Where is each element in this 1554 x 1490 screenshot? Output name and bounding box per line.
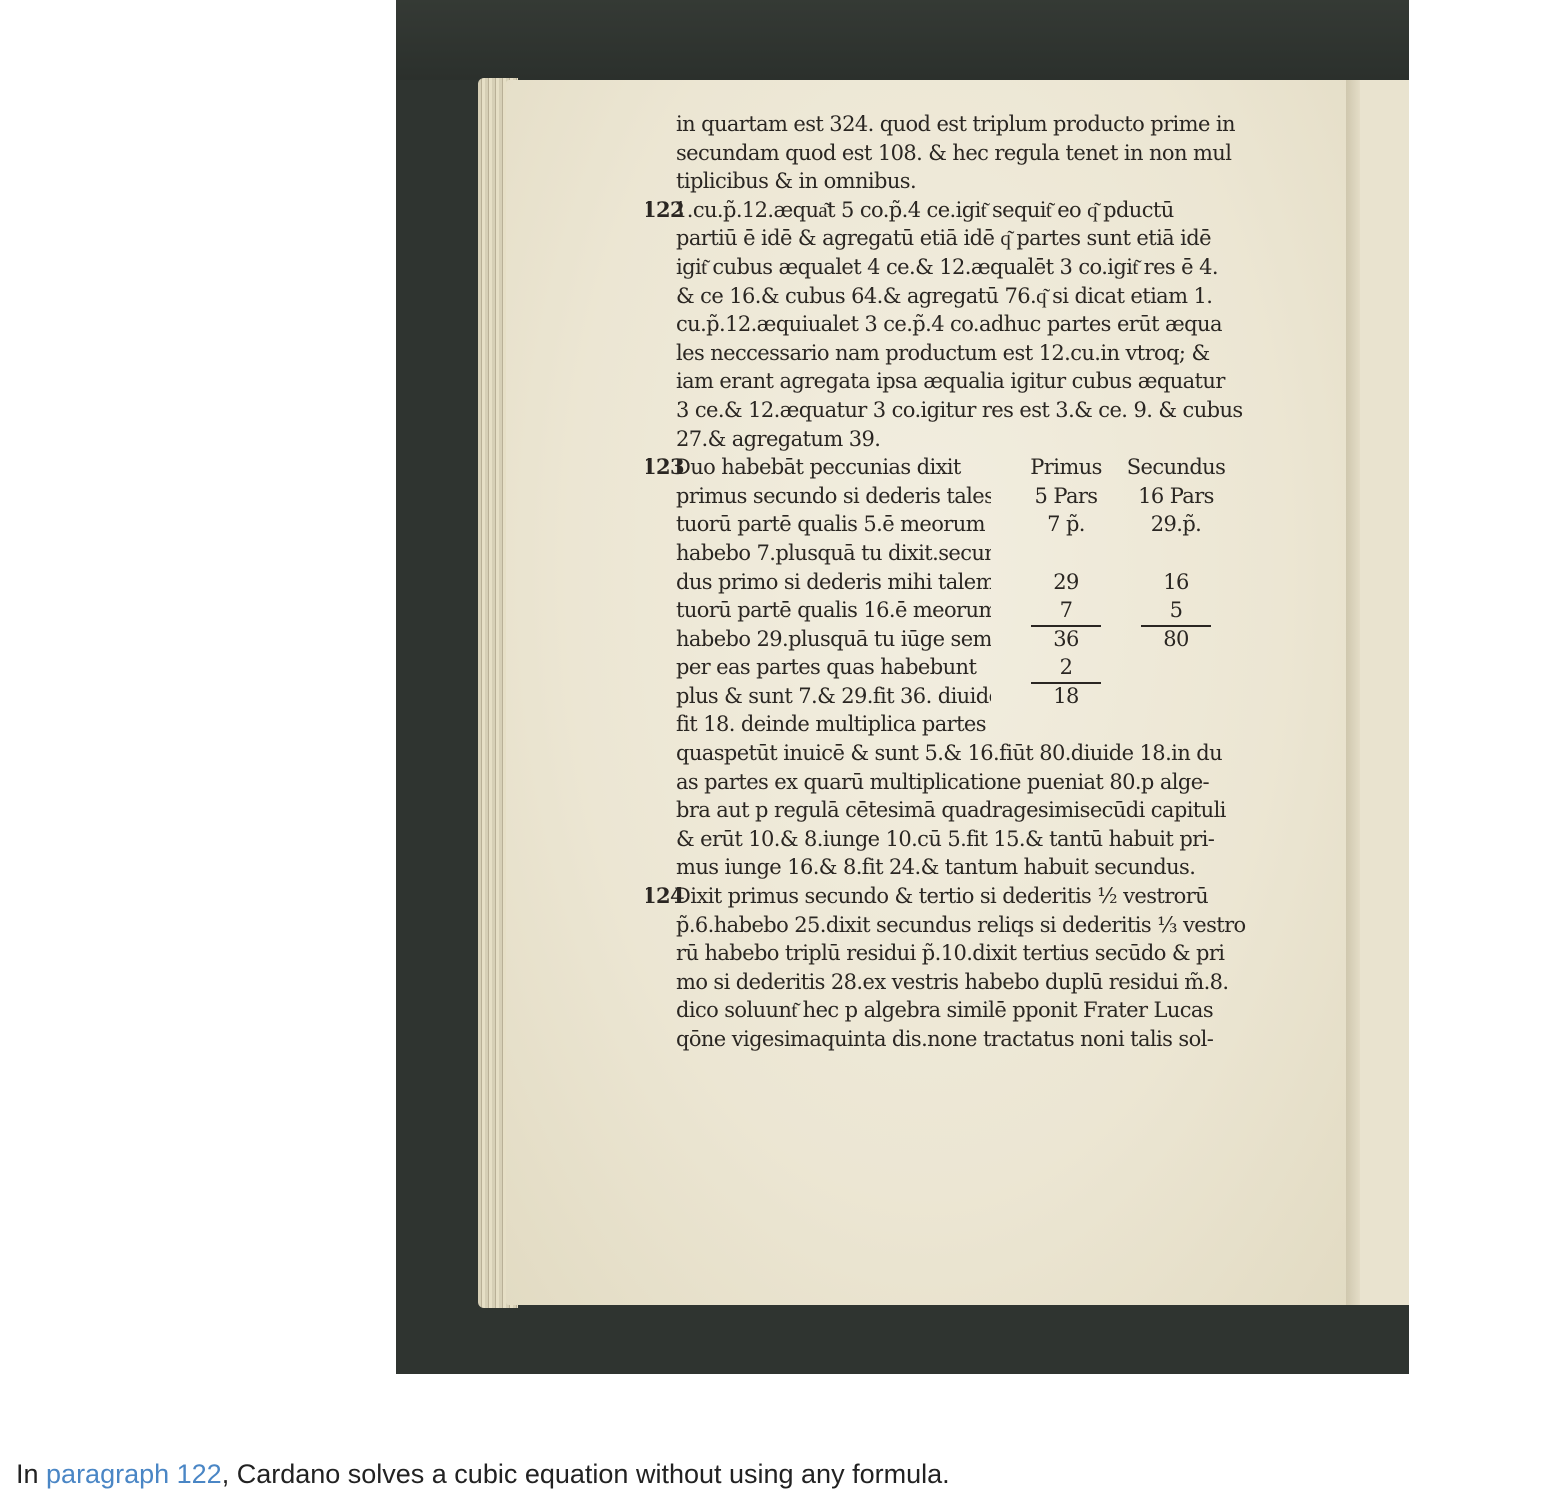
table-row: 5 Pars 16 Pars [1011,482,1251,511]
text-line: tiplicibus & in omnibus. [646,167,1266,196]
table-row: 2 [1011,653,1251,682]
table-header: Primus Secundus [1011,453,1251,482]
text-line: as partes ex quarū multiplicatione pueni… [646,768,1266,797]
header-primus: Primus [1011,453,1121,482]
text-line: fit 18. deinde multiplica partes [646,710,991,739]
table-row [1011,539,1251,568]
header-secundus: Secundus [1121,453,1231,482]
text-line: mo si dederitis 28.ex vestris habebo dup… [646,968,1266,997]
text-line: 3 ce.& 12.æquatur 3 co.igitur res est 3.… [646,396,1266,425]
text-line: per eas partes quas habebunt [646,653,991,682]
text-line: 27.& agregatum 39. [646,425,1266,454]
table-row: 29 16 [1011,568,1251,597]
text-line: p̃.6.habebo 25.dixit secundus reliqs si … [646,911,1266,940]
facing-page [1360,80,1409,1305]
text-line: iam erant agregata ipsa æqualia igitur c… [646,367,1266,396]
text-line: & erūt 10.& 8.iunge 10.cū 5.fit 15.& tan… [646,825,1266,854]
computation-table: Primus Secundus 5 Pars 16 Pars 7 p̃. 29.… [1011,453,1251,710]
text-line: qōne vigesimaquinta dis.none tractatus n… [646,1025,1266,1054]
paragraph-123-first-line: 123Duo habebāt peccunias dixit [646,453,991,482]
paragraph-number: 123 [646,453,674,482]
table-row: 36 80 [1011,625,1251,654]
text-line: mus iunge 16.& 8.fit 24.& tantum habuit … [646,853,1266,882]
table-row: 7 p̃. 29.p̃. [1011,510,1251,539]
text-line: bra aut p regulā cētesimā quadragesimise… [646,796,1266,825]
paragraph-124-first-line: 124Dixit primus secundo & tertio si dede… [646,882,1266,911]
text-line: plus & sunt 7.& 29.fit 36. diuide [646,682,991,711]
figure-caption: In paragraph 122, Cardano solves a cubic… [16,1459,950,1490]
text-line: quaspetūt inuicē & sunt 5.& 16.fiūt 80.d… [646,739,1266,768]
paragraph-122-link[interactable]: paragraph 122 [46,1459,222,1489]
table-row: 18 [1011,682,1251,711]
text-line: & ce 16.& cubus 64.& agregatū 76.q͂ si d… [646,282,1266,311]
text-line: in quartam est 324. quod est triplum pro… [646,110,1266,139]
paragraph-122-first-line: 1221.cu.p̃.12.æqua͂t 5 co.p̃.4 ce.igit͂ … [646,196,1266,225]
text-line: secundam quod est 108. & hec regula tene… [646,139,1266,168]
photo-background [396,0,1409,80]
page-text: in quartam est 324. quod est triplum pro… [646,110,1266,1054]
text-line: tuorū partē qualis 5.ē meorum [646,510,991,539]
text-line: partiū ē idē & agregatū etiā idē q͂ part… [646,224,1266,253]
text-line: les neccessario nam productum est 12.cu.… [646,339,1266,368]
book-page-photo: in quartam est 324. quod est triplum pro… [396,0,1409,1374]
text-line: primus secundo si dederis tales [646,482,991,511]
table-row: 7 5 [1011,596,1251,625]
paragraph-123: 123Duo habebāt peccunias dixit primus se… [646,453,1266,739]
paragraph-number: 124 [646,882,674,911]
text-line: rū habebo triplū residui p̃.10.dixit ter… [646,939,1266,968]
text-line: igit͂ cubus æqualet 4 ce.& 12.æqualēt 3 … [646,253,1266,282]
text-line: habebo 29.plusquā tu iūge sem [646,625,991,654]
text-line: cu.p̃.12.æquiualet 3 ce.p̃.4 co.adhuc pa… [646,310,1266,339]
text-line: dus primo si dederis mihi talem [646,568,991,597]
text-line: dico soluunt͂ hec p algebra similē pponi… [646,996,1266,1025]
paragraph-number: 122 [646,196,674,225]
text-line: habebo 7.plusquā tu dixit.secun [646,539,991,568]
book-gutter [1346,80,1360,1305]
text-line: tuorū partē qualis 16.ē meorum [646,596,991,625]
